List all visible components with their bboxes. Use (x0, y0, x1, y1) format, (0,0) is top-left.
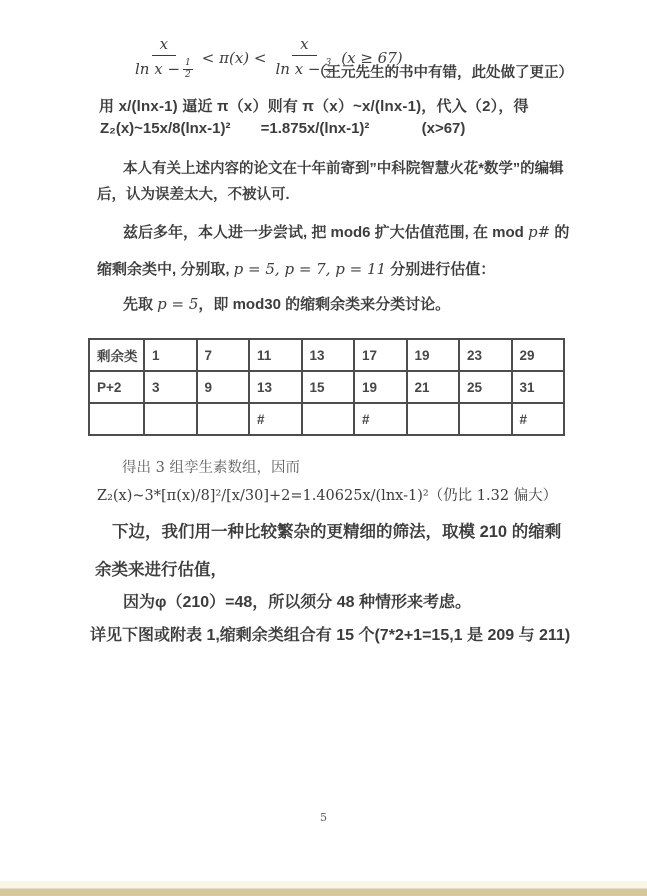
footer-tan-stripe (0, 888, 647, 896)
first-take-p-value: p = 5 (157, 295, 198, 313)
z2-estimate-part2: =1.875x/(lnx-1)² (261, 120, 370, 137)
attempt-p-values: p = 5, p = 7, p = 11 (234, 260, 386, 278)
table-cell: 15 (302, 371, 355, 403)
attempt-seg1: 兹后多年，本人进一步尝试, 把 mod6 扩大估值范围, 在 mod (123, 224, 528, 241)
table-cell (302, 403, 355, 435)
table-cell: 7 (197, 339, 250, 371)
z2-estimate-part1: Z₂(x)~15x/8(lnx-1)² (100, 120, 230, 137)
table-cell: 17 (354, 339, 407, 371)
table-cell: 19 (354, 371, 407, 403)
table-cell (407, 403, 460, 435)
table-cell: 3 (144, 371, 197, 403)
table-row-p-plus-2: P+2 3 9 13 15 19 21 25 31 (89, 371, 564, 403)
z2-refined-formula: Z₂(x)~3*[π(x)/8]²/[x/30]+2=1.40625x/(lnx… (97, 484, 557, 505)
small-fraction-one-half: 1 2 (183, 59, 193, 80)
table-cell: 21 (407, 371, 460, 403)
page-number: 5 (0, 811, 647, 824)
table-cell: 25 (459, 371, 512, 403)
footer-cream-stripe (0, 881, 647, 888)
twin-prime-result-line: 得出 3 组孪生素数组，因而 (122, 456, 300, 477)
table-cell: 19 (407, 339, 460, 371)
euler-phi-line: 因为φ（210）=48，所以须分 48 种情形来考虑。 (123, 589, 471, 612)
table-cell: 13 (249, 371, 302, 403)
fraction-left-denominator-text: ln x − (135, 61, 180, 78)
table-cell: 11 (249, 339, 302, 371)
inequality-middle: < π(x) < (202, 49, 267, 67)
first-take-seg1: 先取 (123, 296, 157, 313)
fraction-left-denominator: ln x − 1 2 (135, 56, 193, 80)
table-cell: 13 (302, 339, 355, 371)
table-cell: 剩余类 (89, 339, 144, 371)
manuscript-page: x ln x − 1 2 < π(x) < x ln x − 3 2 (x ≥ … (0, 0, 647, 896)
table-cell: 23 (459, 339, 512, 371)
table-cell (144, 403, 197, 435)
z2-estimate-condition: (x>67) (422, 120, 466, 137)
approximation-line: 用 x/(lnx-1) 逼近 π（x）则有 π（x）~x/(lnx-1)，代入（… (99, 95, 529, 116)
fraction-right-numerator: x (292, 36, 316, 56)
table-cell: 9 (197, 371, 250, 403)
fraction-left-numerator: x (152, 36, 176, 56)
table-cell: 29 (512, 339, 565, 371)
table-cell: # (354, 403, 407, 435)
attempt-p-primorial: p# (528, 223, 550, 241)
table-cell (89, 403, 144, 435)
table-cell: # (249, 403, 302, 435)
table-row-twin-markers: # # # (89, 403, 564, 435)
table-cell: P+2 (89, 371, 144, 403)
paragraph-further-attempt: 兹后多年，本人进一步尝试, 把 mod6 扩大估值范围, 在 mod p# 的缩… (97, 214, 577, 288)
line-first-take-p5: 先取 p = 5，即 mod30 的缩剩余类来分类讨论。 (123, 293, 450, 314)
table-cell: # (512, 403, 565, 435)
z2-estimate-line: Z₂(x)~15x/8(lnx-1)² =1.875x/(lnx-1)² (x>… (100, 120, 465, 137)
attempt-seg5: 分别进行估值： (386, 261, 495, 278)
fraction-left: x ln x − 1 2 (135, 36, 193, 80)
small-fraction-denominator: 2 (185, 70, 191, 80)
correction-note: （王元先生的书中有错，此处做了更正） (312, 61, 573, 82)
residue-class-table: 剩余类 1 7 11 13 17 19 23 29 P+2 3 9 13 15 … (88, 338, 565, 436)
table-cell (197, 403, 250, 435)
table-cell: 1 (144, 339, 197, 371)
paragraph-finer-sieve: 下边，我们用一种比较繁杂的更精细的筛法，取模 210 的缩剩余类来进行估值， (95, 513, 575, 589)
paragraph-paper-rejected: 本人有关上述内容的论文在十年前寄到”中科院智慧火花*数学”的编辑后，认为误差太大… (97, 156, 575, 208)
first-take-seg3: ，即 mod30 的缩剩余类来分类讨论。 (198, 296, 450, 313)
table-cell: 31 (512, 371, 565, 403)
table-row-residue-classes: 剩余类 1 7 11 13 17 19 23 29 (89, 339, 564, 371)
table-cell (459, 403, 512, 435)
see-chart-detail-line: 详见下图或附表 1,缩剩余类组合有 15 个(7*2+1=15,1 是 209 … (90, 622, 570, 645)
small-fraction-numerator: 1 (183, 59, 193, 70)
